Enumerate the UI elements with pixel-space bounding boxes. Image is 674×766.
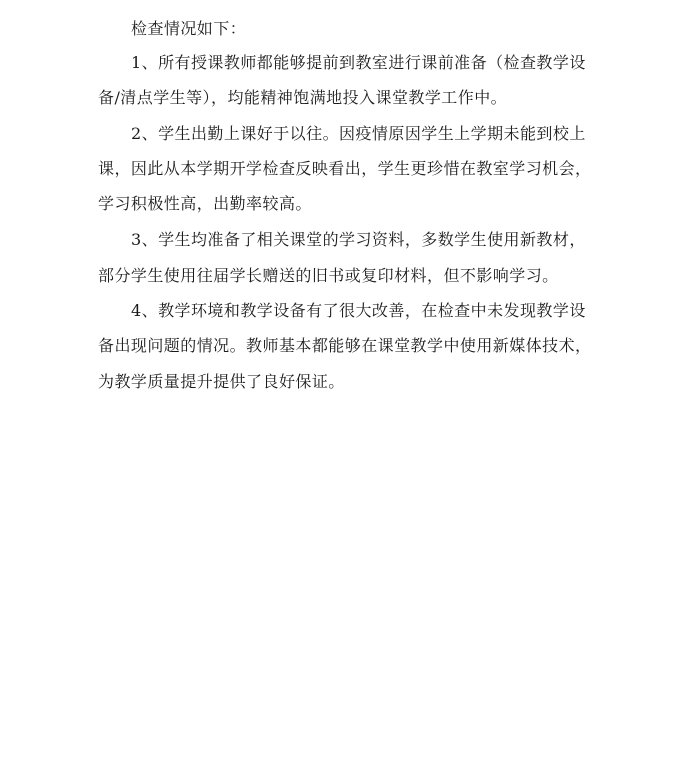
paragraph-line: 课，因此从本学期开学检查反映看出，学生更珍惜在教室学习机会， [98,157,592,181]
paragraph-line: 备/清点学生等），均能精神饱满地投入课堂教学工作中。 [98,86,507,110]
paragraph-line: 学习积极性高，出勤率较高。 [98,192,312,216]
paragraph-line: 为教学质量提升提供了良好保证。 [98,370,345,394]
paragraph-line: 4、教学环境和教学设备有了很大改善，在检查中未发现教学设 [131,299,586,323]
intro-line: 检查情况如下： [131,17,246,41]
paragraph-line: 1、所有授课教师都能够提前到教室进行课前准备（检查教学设 [131,51,586,75]
paragraph-line: 3、学生均准备了相关课堂的学习资料，多数学生使用新教材， [131,228,586,252]
paragraph-line: 部分学生使用往届学长赠送的旧书或复印材料，但不影响学习。 [98,264,559,288]
paragraph-line: 2、学生出勤上课好于以往。因疫情原因学生上学期未能到校上 [131,122,586,146]
paragraph-line: 备出现问题的情况。教师基本都能够在课堂教学中使用新媒体技术， [98,334,592,358]
